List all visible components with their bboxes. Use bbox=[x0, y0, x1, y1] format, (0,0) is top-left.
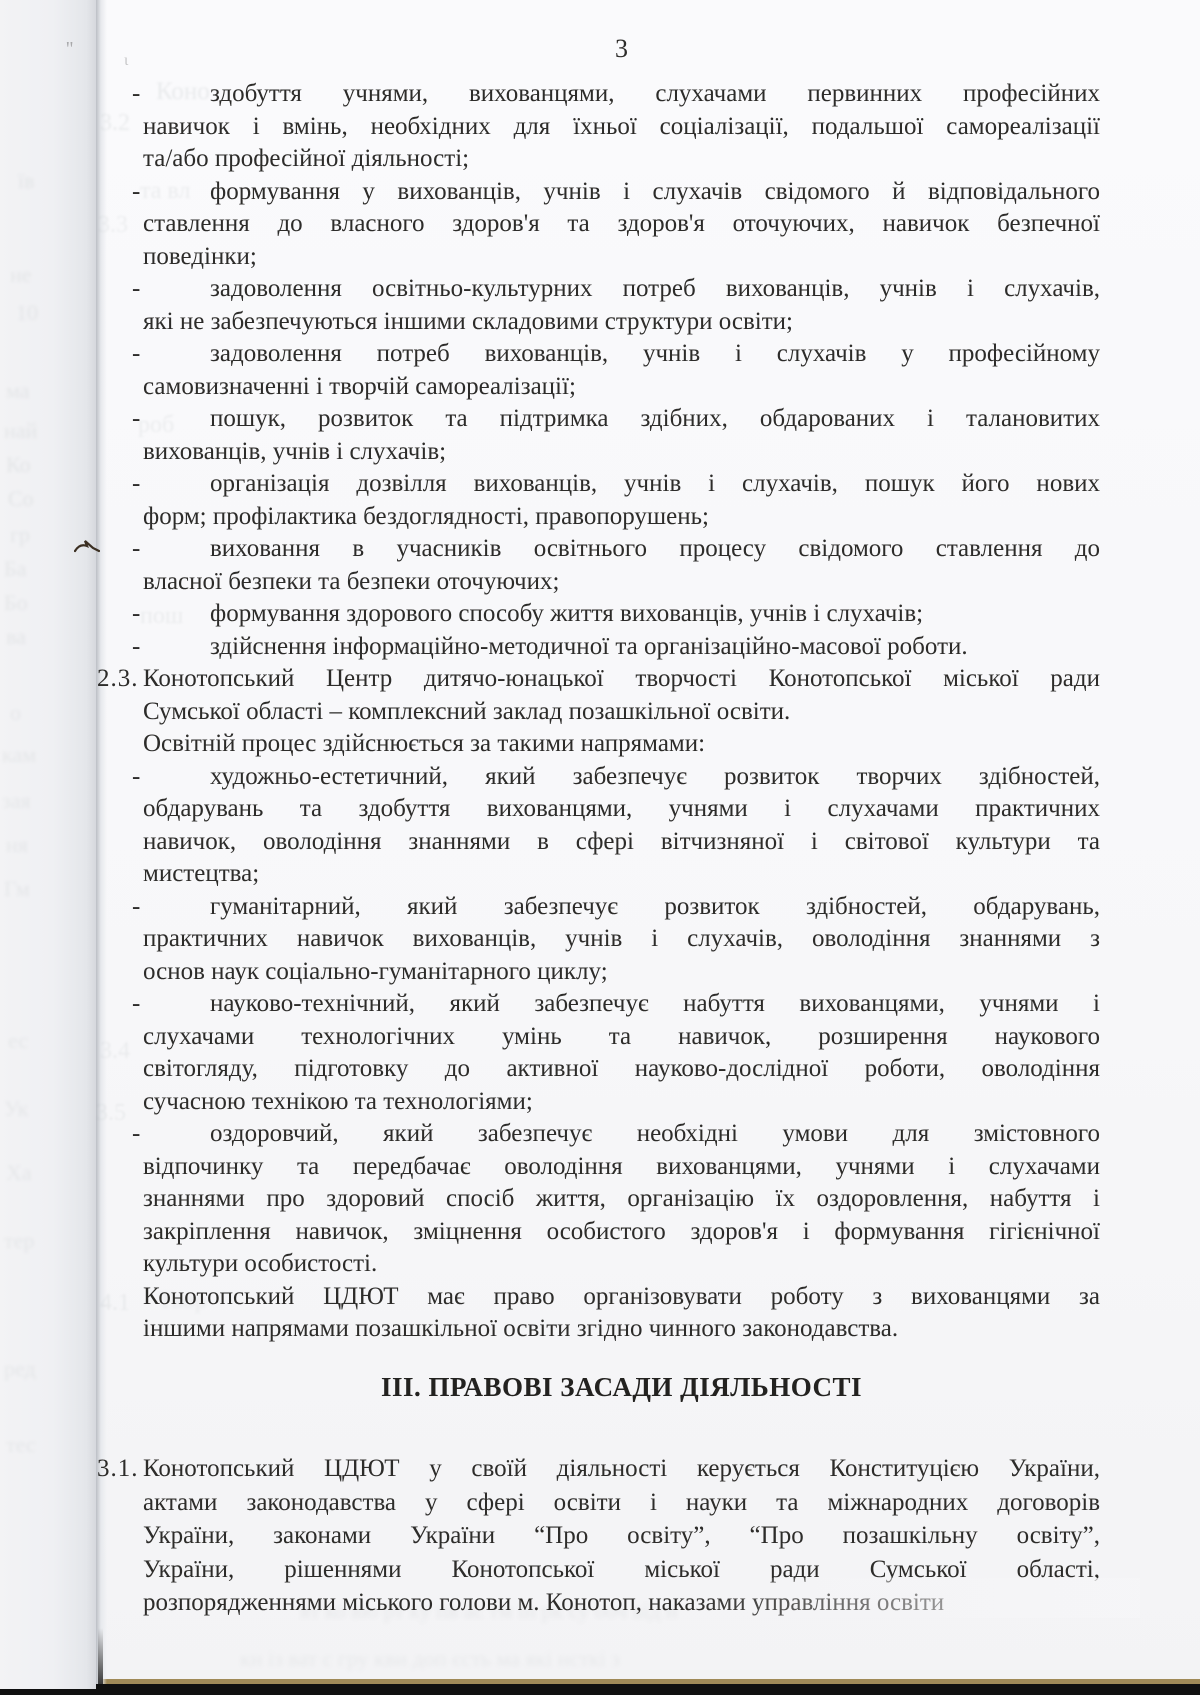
text-line: 2.3.Конотопський Центр дитячо-юнацької т… bbox=[143, 663, 1100, 696]
text-line: актами законодавства у сфері освіти і на… bbox=[143, 1486, 1100, 1520]
text-line: Освітній процес здійснюється за такими н… bbox=[143, 728, 1100, 761]
text-line: відпочинку та передбачає оволодіння вихо… bbox=[143, 1151, 1100, 1184]
line-text: формування у вихованців, учнів і слухачі… bbox=[210, 178, 1100, 205]
text-line: -гуманітарний, який забезпечує розвиток … bbox=[143, 891, 1100, 924]
line-text: Конотопський Центр дитячо-юнацької творч… bbox=[143, 665, 1100, 692]
line-text: пошук, розвиток та підтримка здібних, об… bbox=[210, 405, 1100, 432]
text-line: які не забезпечуються іншими складовими … bbox=[143, 306, 1100, 339]
text-line: -формування здорового способу життя вихо… bbox=[143, 598, 1100, 631]
line-text: Сумської області – комплексний заклад по… bbox=[143, 698, 790, 725]
page-number: 3 bbox=[143, 34, 1100, 64]
line-text: вихованців, учнів і слухачів; bbox=[143, 438, 446, 465]
text-line: -художньо-естетичний, який забезпечує ро… bbox=[143, 761, 1100, 794]
text-line: -формування у вихованців, учнів і слухач… bbox=[143, 176, 1100, 209]
line-text: гуманітарний, який забезпечує розвиток з… bbox=[210, 893, 1100, 920]
scanned-document-page: { "page": { "number": "3" }, "document":… bbox=[0, 0, 1200, 1695]
text-line: слухачами технологічних умінь та навичок… bbox=[143, 1021, 1100, 1054]
text-line: практичних навичок вихованців, учнів і с… bbox=[143, 923, 1100, 956]
text-line: -здійснення інформаційно-методичної та о… bbox=[143, 631, 1100, 664]
text-line: -оздоровчий, який забезпечує необхідні у… bbox=[143, 1118, 1100, 1151]
text-line: навичок, оволодіння знаннями в сфері віт… bbox=[143, 826, 1100, 859]
text-line: -здобуття учнями, вихованцями, слухачами… bbox=[143, 78, 1100, 111]
bullet-dash: - bbox=[132, 78, 140, 111]
line-text: закріплення навичок, зміцнення особистог… bbox=[143, 1218, 1100, 1245]
text-line: та/або професійної діяльності; bbox=[143, 143, 1100, 176]
line-text: Конотопський ЦДЮТ у своїй діяльності кер… bbox=[143, 1455, 1100, 1482]
text-line: України, законами України “Про освіту”, … bbox=[143, 1519, 1100, 1553]
text-line: поведінки; bbox=[143, 241, 1100, 274]
line-text: світогляду, підготовку до активної науко… bbox=[143, 1055, 1100, 1082]
line-text: формування здорового способу життя вихов… bbox=[210, 600, 923, 627]
text-line: культури особистості. bbox=[143, 1248, 1100, 1281]
text-line: мистецтва; bbox=[143, 858, 1100, 891]
bullet-dash: - bbox=[132, 403, 140, 436]
line-text: які не забезпечуються іншими складовими … bbox=[143, 308, 793, 335]
text-line: -задоволення потреб вихованців, учнів і … bbox=[143, 338, 1100, 371]
line-text: відпочинку та передбачає оволодіння вихо… bbox=[143, 1153, 1100, 1180]
line-text: практичних навичок вихованців, учнів і с… bbox=[143, 925, 1100, 952]
bullet-dash: - bbox=[132, 761, 140, 794]
page-fold-shadow bbox=[96, 0, 107, 1684]
bullet-dash: - bbox=[132, 338, 140, 371]
text-line: світогляду, підготовку до активної науко… bbox=[143, 1053, 1100, 1086]
text-line: форм; профілактика бездоглядності, право… bbox=[143, 501, 1100, 534]
bullet-dash: - bbox=[132, 273, 140, 306]
bullet-dash: - bbox=[132, 1118, 140, 1151]
text-line: -задоволення освітньо-культурних потреб … bbox=[143, 273, 1100, 306]
scan-canvas: 3 -здобуття учнями, вихованцями, слухача… bbox=[0, 0, 1200, 1695]
line-text: науково-технічний, який забезпечує набут… bbox=[210, 990, 1100, 1017]
ghost-text-fragment: ι bbox=[124, 52, 128, 70]
line-text: знаннями про здоровий спосіб життя, орга… bbox=[143, 1185, 1100, 1212]
item-number: 2.3. bbox=[97, 663, 139, 696]
bullet-dash: - bbox=[132, 631, 140, 664]
underlying-page-edge bbox=[0, 0, 96, 1689]
line-text: іншими напрямами позашкільної освіти згі… bbox=[143, 1315, 898, 1342]
line-text: художньо-естетичний, який забезпечує роз… bbox=[210, 763, 1100, 790]
line-text: слухачами технологічних умінь та навичок… bbox=[143, 1023, 1100, 1050]
line-text: задоволення потреб вихованців, учнів і с… bbox=[210, 340, 1100, 367]
line-text: ставлення до власного здоров'я та здоров… bbox=[143, 210, 1100, 237]
bullet-dash: - bbox=[132, 468, 140, 501]
text-line: основ наук соціально-гуманітарного циклу… bbox=[143, 956, 1100, 989]
text-line: власної безпеки та безпеки оточуючих; bbox=[143, 566, 1100, 599]
margin-mark-icon bbox=[74, 540, 100, 554]
text-line: -виховання в учасників освітнього процес… bbox=[143, 533, 1100, 566]
bullet-dash: - bbox=[132, 176, 140, 209]
line-text: здійснення інформаційно-методичної та ор… bbox=[210, 633, 968, 660]
text-line: ставлення до власного здоров'я та здоров… bbox=[143, 208, 1100, 241]
scanner-background-band bbox=[0, 1684, 1200, 1695]
text-line: -науково-технічний, який забезпечує набу… bbox=[143, 988, 1100, 1021]
text-line: -пошук, розвиток та підтримка здібних, о… bbox=[143, 403, 1100, 436]
bullet-dash: - bbox=[132, 891, 140, 924]
line-text: власної безпеки та безпеки оточуючих; bbox=[143, 568, 559, 595]
text-line: навичок і вмінь, необхідних для їхньої с… bbox=[143, 111, 1100, 144]
line-text: форм; профілактика бездоглядності, право… bbox=[143, 503, 709, 530]
line-text: навичок і вмінь, необхідних для їхньої с… bbox=[143, 113, 1100, 140]
ghost-text-fragment: кн із ват с гру кви доп єсть ма які нстк… bbox=[240, 1646, 620, 1672]
line-text: самовизначенні і творчій самореалізації; bbox=[143, 373, 576, 400]
line-text: мистецтва; bbox=[143, 860, 259, 887]
line-text: культури особистості. bbox=[143, 1250, 377, 1277]
text-line: самовизначенні і творчій самореалізації; bbox=[143, 371, 1100, 404]
text-line: -організація дозвілля вихованців, учнів … bbox=[143, 468, 1100, 501]
line-text: оздоровчий, який забезпечує необхідні ум… bbox=[210, 1120, 1100, 1147]
line-text: організація дозвілля вихованців, учнів і… bbox=[210, 470, 1100, 497]
text-line: сучасною технікою та технологіями; bbox=[143, 1086, 1100, 1119]
scan-fade-overlay bbox=[690, 1578, 1140, 1618]
text-line: іншими напрямами позашкільної освіти згі… bbox=[143, 1313, 1100, 1346]
line-text: поведінки; bbox=[143, 243, 257, 270]
bullet-dash: - bbox=[132, 533, 140, 566]
page-fold-dark-line bbox=[98, 1628, 103, 1684]
bullet-dash: - bbox=[132, 598, 140, 631]
text-line: обдарувань та здобуття вихованцями, учня… bbox=[143, 793, 1100, 826]
line-text: сучасною технікою та технологіями; bbox=[143, 1088, 533, 1115]
line-text: задоволення освітньо-культурних потреб в… bbox=[210, 275, 1100, 302]
line-text: та/або професійної діяльності; bbox=[143, 145, 469, 172]
section-3-heading: ІІІ. ПРАВОВІ ЗАСАДИ ДІЯЛЬНОСТІ bbox=[143, 1372, 1100, 1403]
bullet-dash: - bbox=[132, 988, 140, 1021]
section-2-text-block: -здобуття учнями, вихованцями, слухачами… bbox=[143, 78, 1100, 1346]
line-text: навичок, оволодіння знаннями в сфері віт… bbox=[143, 828, 1100, 855]
text-line: Сумської області – комплексний заклад по… bbox=[143, 696, 1100, 729]
line-text: Конотопський ЦДЮТ має право організовува… bbox=[143, 1283, 1100, 1310]
item-number: 3.1. bbox=[97, 1452, 139, 1486]
line-text: здобуття учнями, вихованцями, слухачами … bbox=[210, 80, 1100, 107]
line-text: обдарувань та здобуття вихованцями, учня… bbox=[143, 795, 1100, 822]
line-text: основ наук соціально-гуманітарного циклу… bbox=[143, 958, 608, 985]
text-line: Конотопський ЦДЮТ має право організовува… bbox=[143, 1281, 1100, 1314]
text-line: 3.1.Конотопський ЦДЮТ у своїй діяльності… bbox=[143, 1452, 1100, 1486]
line-text: Освітній процес здійснюється за такими н… bbox=[143, 730, 705, 757]
line-text: актами законодавства у сфері освіти і на… bbox=[143, 1489, 1100, 1516]
page-bottom-edge bbox=[96, 1679, 1200, 1684]
line-text: України, законами України “Про освіту”, … bbox=[143, 1522, 1100, 1549]
text-line: закріплення навичок, зміцнення особистог… bbox=[143, 1216, 1100, 1249]
text-line: знаннями про здоровий спосіб життя, орга… bbox=[143, 1183, 1100, 1216]
line-text: виховання в учасників освітнього процесу… bbox=[210, 535, 1100, 562]
text-line: вихованців, учнів і слухачів; bbox=[143, 436, 1100, 469]
